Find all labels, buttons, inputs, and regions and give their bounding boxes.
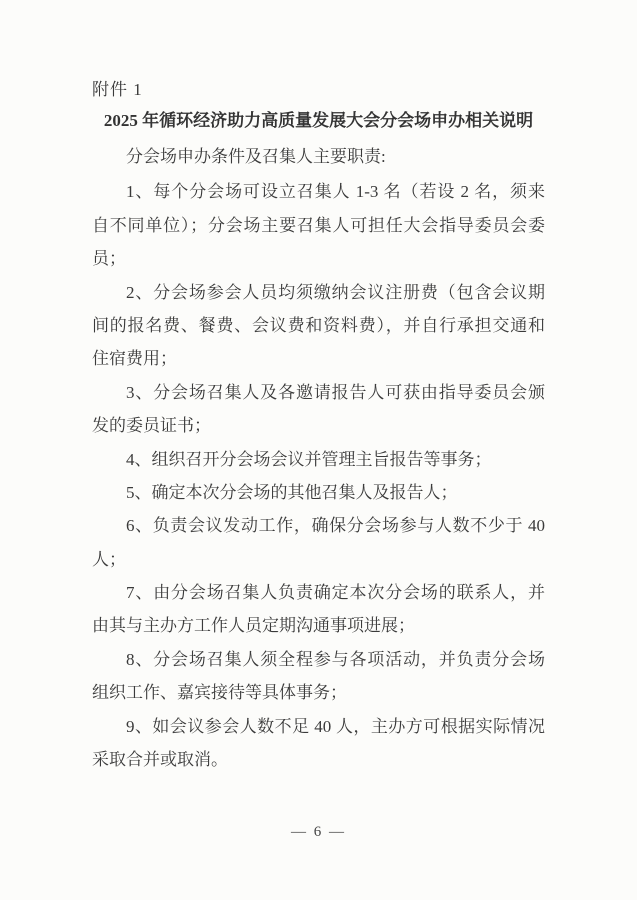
document-line: 7、由分会场召集人负责确定本次分会场的联系人，并	[92, 576, 545, 609]
document-line: 1、每个分会场可设立召集人 1-3 名（若设 2 名，须来	[92, 175, 545, 208]
section-heading: 分会场申办条件及召集人主要职责:	[92, 140, 545, 173]
document-page: 附件 1 2025 年循环经济助力高质量发展大会分会场申办相关说明 分会场申办条…	[0, 0, 637, 900]
page-number: — 6 —	[0, 824, 637, 841]
document-line: 由其与主办方工作人员定期沟通事项进展；	[92, 609, 545, 642]
attachment-label: 附件 1	[92, 77, 545, 102]
document-body: 1、每个分会场可设立召集人 1-3 名（若设 2 名，须来自不同单位）；分会场主…	[92, 175, 545, 776]
document-line: 员；	[92, 242, 545, 275]
document-line: 采取合并或取消。	[92, 743, 545, 776]
document-title: 2025 年循环经济助力高质量发展大会分会场申办相关说明	[92, 102, 545, 140]
document-line: 间的报名费、餐费、会议费和资料费），并自行承担交通和	[92, 309, 545, 342]
document-line: 自不同单位）；分会场主要召集人可担任大会指导委员会委	[92, 209, 545, 242]
document-line: 6、负责会议发动工作，确保分会场参与人数不少于 40	[92, 509, 545, 542]
document-line: 人；	[92, 543, 545, 576]
document-line: 住宿费用；	[92, 342, 545, 375]
document-line: 5、确定本次分会场的其他召集人及报告人；	[92, 476, 545, 509]
document-line: 3、分会场召集人及各邀请报告人可获由指导委员会颁	[92, 376, 545, 409]
document-line: 组织工作、嘉宾接待等具体事务；	[92, 676, 545, 709]
document-line: 8、分会场召集人须全程参与各项活动，并负责分会场	[92, 643, 545, 676]
document-line: 2、分会场参会人员均须缴纳会议注册费（包含会议期	[92, 276, 545, 309]
document-line: 9、如会议参会人数不足 40 人，主办方可根据实际情况	[92, 710, 545, 743]
document-content: 附件 1 2025 年循环经济助力高质量发展大会分会场申办相关说明 分会场申办条…	[92, 0, 545, 776]
document-line: 发的委员证书；	[92, 409, 545, 442]
document-line: 4、组织召开分会场会议并管理主旨报告等事务；	[92, 443, 545, 476]
